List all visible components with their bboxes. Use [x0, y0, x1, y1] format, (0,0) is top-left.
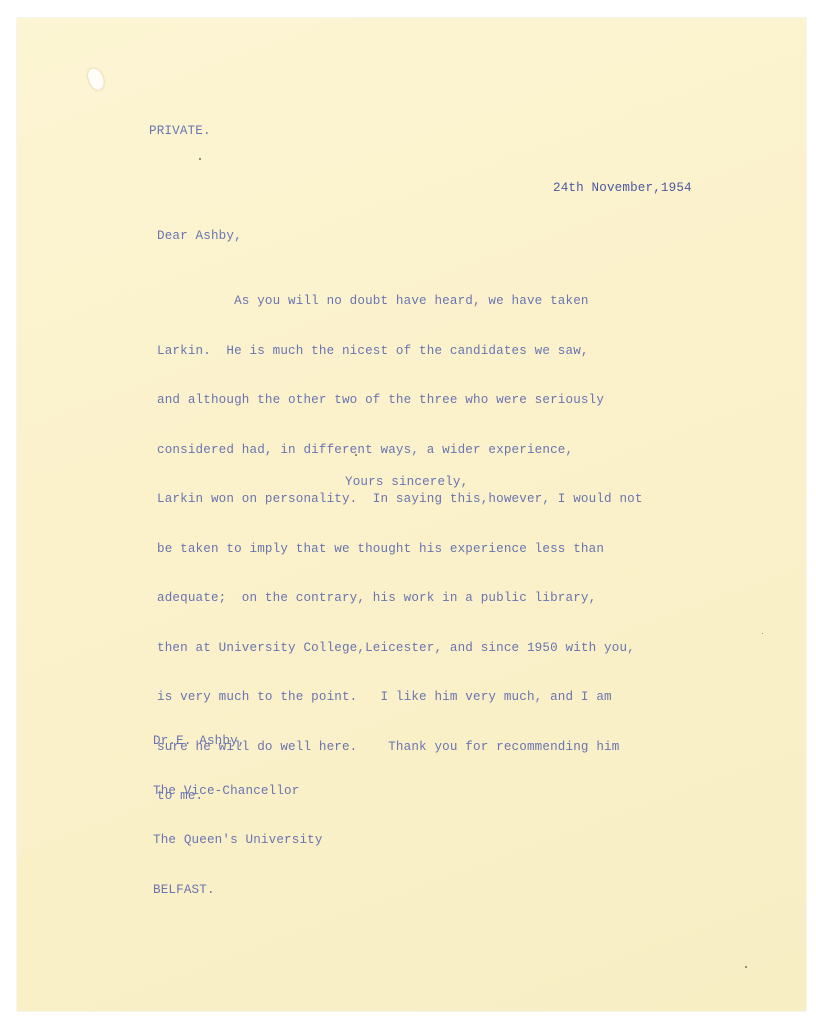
private-marking: PRIVATE.	[149, 123, 211, 140]
recipient-city: BELFAST.	[153, 882, 323, 899]
recipient-address: Dr.E. Ashby, The Vice-Chancellor The Que…	[153, 700, 323, 915]
body-line: be taken to imply that we thought his ex…	[157, 541, 643, 558]
closing: Yours sincerely,	[345, 474, 468, 491]
body-line: As you will no doubt have heard, we have…	[157, 293, 643, 310]
recipient-title: The Vice-Chancellor	[153, 783, 323, 800]
body-line: Larkin. He is much the nicest of the can…	[157, 343, 643, 360]
recipient-name: Dr.E. Ashby,	[153, 733, 323, 750]
body-line: and although the other two of the three …	[157, 392, 643, 409]
recipient-institution: The Queen's University	[153, 832, 323, 849]
body-line: then at University College,Leicester, an…	[157, 640, 643, 657]
salutation: Dear Ashby,	[157, 228, 242, 245]
paper-speck	[199, 158, 201, 160]
paper-speck	[762, 633, 763, 634]
body-line: adequate; on the contrary, his work in a…	[157, 590, 643, 607]
body-line: Larkin won on personality. In saying thi…	[157, 491, 643, 508]
body-line: considered had, in different ways, a wid…	[157, 442, 643, 459]
letter-date: 24th November,1954	[553, 180, 692, 197]
paper-speck	[745, 966, 747, 968]
paper-tear-mark	[86, 66, 107, 91]
